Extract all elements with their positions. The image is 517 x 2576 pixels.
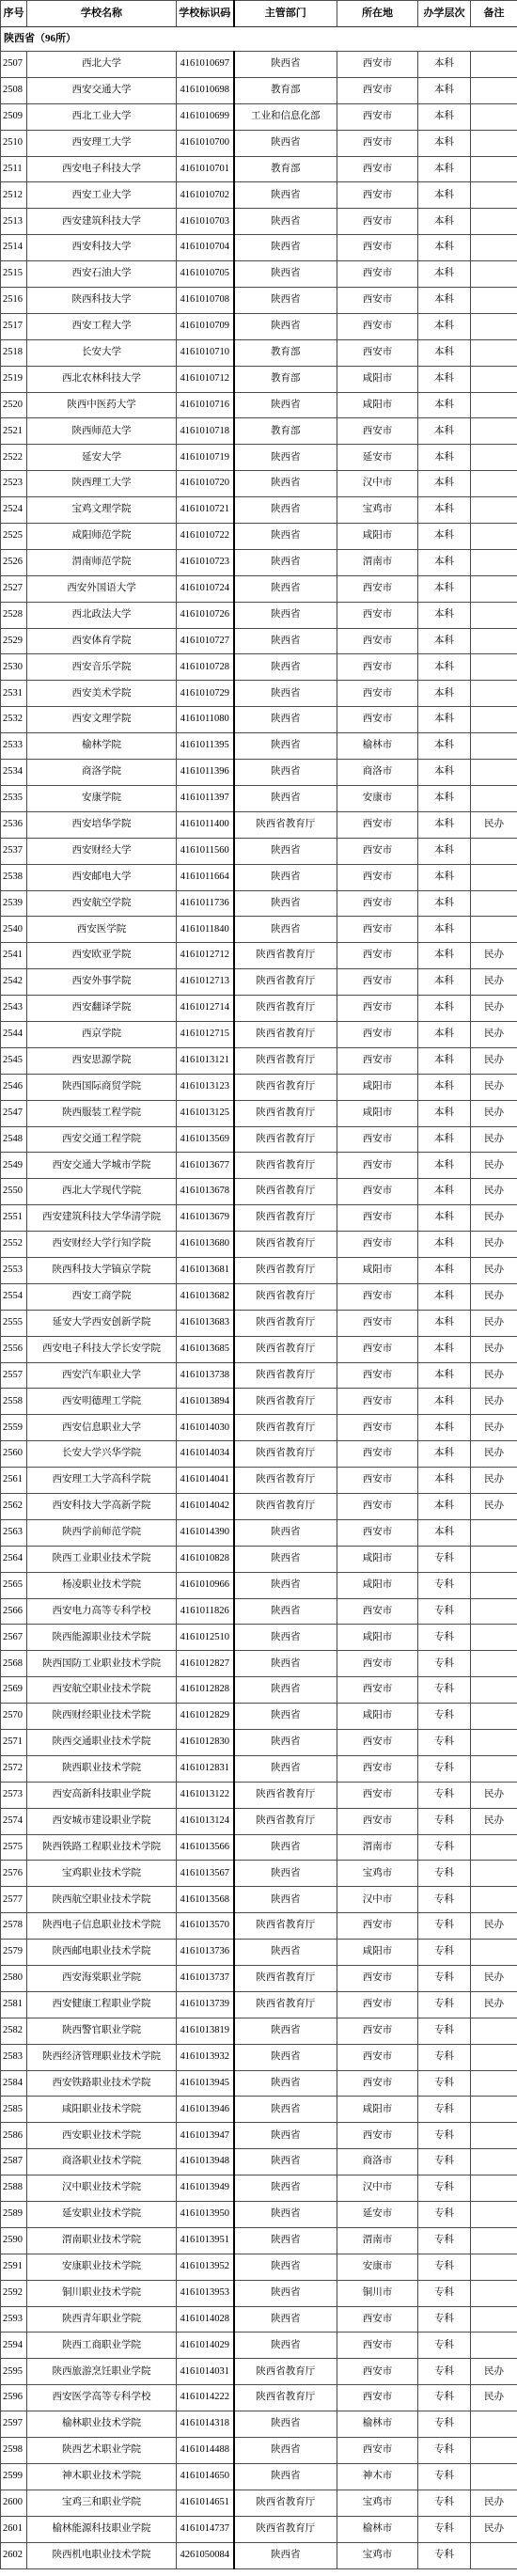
cell-serial: 2543 xyxy=(1,996,27,1022)
cell-location: 西安市 xyxy=(337,2123,418,2149)
cell-level: 专科 xyxy=(418,1966,471,1992)
cell-location: 西安市 xyxy=(337,130,418,156)
cell-serial: 2549 xyxy=(1,1153,27,1179)
cell-serial: 2546 xyxy=(1,1074,27,1100)
cell-level: 本科 xyxy=(418,182,471,209)
cell-school-code: 4161014031 xyxy=(177,2359,234,2385)
table-row: 2564陕西工业职业技术学院4161010828陕西省咸阳市专科 xyxy=(1,1546,517,1572)
cell-level: 专科 xyxy=(418,1913,471,1940)
cell-location: 西安市 xyxy=(337,1730,418,1756)
cell-remark xyxy=(471,418,517,445)
cell-serial: 2579 xyxy=(1,1940,27,1966)
cell-department: 陕西省教育厅 xyxy=(234,1808,337,1834)
table-row: 2586西安职业技术学院4161013947陕西省西安市专科 xyxy=(1,2123,517,2149)
cell-school-code: 4161010828 xyxy=(177,1546,234,1572)
cell-level: 本科 xyxy=(418,313,471,339)
cell-level: 本科 xyxy=(418,497,471,524)
cell-level: 专科 xyxy=(418,1598,471,1625)
cell-level: 专科 xyxy=(418,1991,471,2018)
cell-school-name: 陕西航空职业技术学院 xyxy=(27,1887,177,1913)
cell-school-code: 4161010719 xyxy=(177,445,234,471)
cell-location: 咸阳市 xyxy=(337,1257,418,1283)
cell-location: 安康市 xyxy=(337,785,418,811)
cell-serial: 2524 xyxy=(1,497,27,524)
cell-level: 专科 xyxy=(418,2149,471,2175)
cell-serial: 2547 xyxy=(1,1100,27,1126)
cell-school-code: 4161010698 xyxy=(177,77,234,103)
cell-school-name: 西安石油大学 xyxy=(27,261,177,288)
cell-school-name: 西安科技大学高新学院 xyxy=(27,1493,177,1519)
cell-school-name: 陕西电子信息职业技术学院 xyxy=(27,1913,177,1940)
cell-school-name: 陕西师范大学 xyxy=(27,418,177,445)
cell-location: 西安市 xyxy=(337,707,418,733)
cell-remark xyxy=(471,1730,517,1756)
cell-location: 咸阳市 xyxy=(337,1940,418,1966)
cell-school-name: 西安建筑科技大学 xyxy=(27,209,177,235)
cell-location: 西安市 xyxy=(337,1651,418,1677)
cell-serial: 2538 xyxy=(1,864,27,890)
cell-remark xyxy=(471,549,517,575)
cell-school-name: 西安工程大学 xyxy=(27,313,177,339)
cell-school-name: 渭南师范学院 xyxy=(27,549,177,575)
table-row: 2522延安大学4161010719陕西省延安市本科 xyxy=(1,445,517,471)
cell-school-code: 4161011396 xyxy=(177,760,234,786)
cell-level: 本科 xyxy=(418,1336,471,1362)
table-row: 2510西安理工大学4161010700陕西省西安市本科 xyxy=(1,130,517,156)
table-row: 2571陕西交通职业技术学院4161012830陕西省西安市专科 xyxy=(1,1730,517,1756)
cell-remark xyxy=(471,1546,517,1572)
cell-school-name: 陕西经济管理职业技术学院 xyxy=(27,2044,177,2070)
cell-serial: 2534 xyxy=(1,760,27,786)
table-row: 2591安康职业技术学院4161013952陕西省安康市专科 xyxy=(1,2254,517,2280)
cell-remark xyxy=(471,1598,517,1625)
cell-remark xyxy=(471,182,517,209)
cell-level: 专科 xyxy=(418,1572,471,1598)
table-row: 2547陕西服装工程学院4161013125陕西省教育厅咸阳市本科民办 xyxy=(1,1100,517,1126)
table-row: 2511西安电子科技大学4161010701教育部西安市本科 xyxy=(1,156,517,182)
cell-serial: 2594 xyxy=(1,2333,27,2359)
cell-school-name: 商洛职业技术学院 xyxy=(27,2149,177,2175)
cell-level: 专科 xyxy=(418,1861,471,1887)
cell-remark xyxy=(471,1887,517,1913)
cell-department: 陕西省 xyxy=(234,1625,337,1651)
cell-serial: 2583 xyxy=(1,2044,27,2070)
cell-remark: 民办 xyxy=(471,1808,517,1834)
cell-remark xyxy=(471,1519,517,1546)
cell-level: 专科 xyxy=(418,2070,471,2097)
cell-serial: 2509 xyxy=(1,103,27,130)
cell-remark: 民办 xyxy=(471,1415,517,1441)
table-row: 2536西安培华学院4161011400陕西省教育厅西安市本科民办 xyxy=(1,811,517,838)
cell-department: 陕西省教育厅 xyxy=(234,2385,337,2411)
cell-location: 西安市 xyxy=(337,1755,418,1782)
cell-level: 专科 xyxy=(418,1546,471,1572)
cell-school-name: 陕西科技大学 xyxy=(27,288,177,314)
table-row: 2540西安医学院4161011840陕西省西安市本科 xyxy=(1,917,517,943)
cell-school-name: 陕西警官职业学院 xyxy=(27,2018,177,2044)
cell-school-name: 陕西铁路工程职业技术学院 xyxy=(27,1834,177,1861)
cell-school-code: 4161012827 xyxy=(177,1651,234,1677)
cell-department: 陕西省 xyxy=(234,628,337,654)
cell-location: 咸阳市 xyxy=(337,524,418,550)
cell-school-code: 4161014651 xyxy=(177,2490,234,2516)
cell-level: 本科 xyxy=(418,838,471,864)
table-row: 2508西安交通大学4161010698教育部西安市本科 xyxy=(1,77,517,103)
cell-location: 西安市 xyxy=(337,1493,418,1519)
cell-school-name: 西北大学 xyxy=(27,52,177,78)
table-row: 2552西安财经大学行知学院4161013680陕西省教育厅西安市本科民办 xyxy=(1,1232,517,1258)
cell-serial: 2587 xyxy=(1,2149,27,2175)
cell-serial: 2589 xyxy=(1,2202,27,2228)
table-row: 2600宝鸡三和职业学院4161014651陕西省教育厅宝鸡市专科民办 xyxy=(1,2490,517,2516)
cell-level: 本科 xyxy=(418,1021,471,1047)
cell-school-code: 4161010723 xyxy=(177,549,234,575)
cell-level: 专科 xyxy=(418,1677,471,1704)
cell-location: 西安市 xyxy=(337,654,418,681)
cell-serial: 2572 xyxy=(1,1755,27,1782)
cell-school-name: 延安大学西安创新学院 xyxy=(27,1310,177,1336)
cell-location: 宝鸡市 xyxy=(337,2490,418,2516)
cell-serial: 2540 xyxy=(1,917,27,943)
cell-level: 本科 xyxy=(418,77,471,103)
cell-department: 陕西省 xyxy=(234,1887,337,1913)
table-row: 2568陕西国防工业职业技术学院4161012827陕西省西安市专科 xyxy=(1,1651,517,1677)
table-row: 2524宝鸡文理学院4161010721陕西省宝鸡市本科 xyxy=(1,497,517,524)
table-row: 2518长安大学4161010710教育部西安市本科 xyxy=(1,339,517,366)
cell-department: 陕西省 xyxy=(234,471,337,497)
cell-remark xyxy=(471,785,517,811)
table-row: 2543西安翻译学院4161012714陕西省教育厅西安市本科民办 xyxy=(1,996,517,1022)
cell-school-code: 4161012715 xyxy=(177,1021,234,1047)
table-row: 2539西安航空学院4161011736陕西省西安市本科 xyxy=(1,890,517,917)
cell-school-name: 西安外国语大学 xyxy=(27,575,177,602)
cell-school-code: 4161011840 xyxy=(177,917,234,943)
cell-school-code: 4161010724 xyxy=(177,575,234,602)
table-row: 2535安康学院4161011397陕西省安康市本科 xyxy=(1,785,517,811)
cell-level: 专科 xyxy=(418,2227,471,2254)
cell-location: 宝鸡市 xyxy=(337,1861,418,1887)
cell-school-code: 4161011400 xyxy=(177,811,234,838)
cell-location: 西安市 xyxy=(337,681,418,707)
cell-serial: 2573 xyxy=(1,1782,27,1808)
cell-department: 陕西省教育厅 xyxy=(234,1100,337,1126)
cell-level: 本科 xyxy=(418,261,471,288)
cell-department: 陕西省 xyxy=(234,1519,337,1546)
cell-school-code: 4161013932 xyxy=(177,2044,234,2070)
cell-location: 西安市 xyxy=(337,1441,418,1468)
cell-location: 西安市 xyxy=(337,943,418,969)
cell-remark xyxy=(471,366,517,392)
cell-department: 陕西省 xyxy=(234,2280,337,2306)
cell-department: 教育部 xyxy=(234,339,337,366)
table-row: 2548西安交通工程学院4161013569陕西省教育厅西安市本科民办 xyxy=(1,1126,517,1153)
cell-school-code: 4161013952 xyxy=(177,2254,234,2280)
cell-department: 陕西省 xyxy=(234,182,337,209)
cell-level: 本科 xyxy=(418,1468,471,1494)
university-list-table: 序号 学校名称 学校标识码 主管部门 所在地 办学层次 备注 陕西省（96所） … xyxy=(0,0,517,2569)
cell-location: 西安市 xyxy=(337,2306,418,2333)
cell-school-name: 陕西交通职业技术学院 xyxy=(27,1730,177,1756)
cell-location: 西安市 xyxy=(337,77,418,103)
cell-department: 陕西省教育厅 xyxy=(234,1336,337,1362)
cell-serial: 2600 xyxy=(1,2490,27,2516)
cell-level: 专科 xyxy=(418,2202,471,2228)
cell-school-name: 长安大学 xyxy=(27,339,177,366)
cell-school-code: 4161011560 xyxy=(177,838,234,864)
cell-school-code: 4161013953 xyxy=(177,2280,234,2306)
table-row: 2566西安电力高等专科学校4161011826陕西省西安市专科 xyxy=(1,1598,517,1625)
cell-school-code: 4161014737 xyxy=(177,2516,234,2542)
cell-school-code: 4161010697 xyxy=(177,52,234,78)
cell-department: 陕西省 xyxy=(234,2333,337,2359)
cell-department: 陕西省 xyxy=(234,654,337,681)
cell-school-name: 西安建筑科技大学华清学院 xyxy=(27,1205,177,1232)
cell-remark: 民办 xyxy=(471,1336,517,1362)
cell-school-code: 4161012510 xyxy=(177,1625,234,1651)
cell-level: 专科 xyxy=(418,2306,471,2333)
cell-remark xyxy=(471,760,517,786)
cell-location: 延安市 xyxy=(337,445,418,471)
cell-school-name: 咸阳职业技术学院 xyxy=(27,2097,177,2123)
header-row: 序号 学校名称 学校标识码 主管部门 所在地 办学层次 备注 xyxy=(1,1,517,27)
cell-serial: 2597 xyxy=(1,2411,27,2438)
cell-location: 榆林市 xyxy=(337,2516,418,2542)
header-remark: 备注 xyxy=(471,1,517,27)
cell-serial: 2531 xyxy=(1,681,27,707)
cell-serial: 2582 xyxy=(1,2018,27,2044)
cell-department: 陕西省 xyxy=(234,1755,337,1782)
cell-level: 专科 xyxy=(418,1625,471,1651)
cell-remark: 民办 xyxy=(471,2516,517,2542)
cell-school-name: 商洛学院 xyxy=(27,760,177,786)
cell-department: 陕西省 xyxy=(234,2438,337,2464)
cell-serial: 2525 xyxy=(1,524,27,550)
cell-school-name: 安康学院 xyxy=(27,785,177,811)
cell-serial: 2541 xyxy=(1,943,27,969)
cell-school-name: 榆林能源科技职业学院 xyxy=(27,2516,177,2542)
table-row: 2587商洛职业技术学院4161013948陕西省商洛市专科 xyxy=(1,2149,517,2175)
cell-school-name: 杨凌职业技术学院 xyxy=(27,1572,177,1598)
cell-serial: 2575 xyxy=(1,1834,27,1861)
cell-location: 渭南市 xyxy=(337,1834,418,1861)
cell-serial: 2561 xyxy=(1,1468,27,1494)
cell-department: 陕西省 xyxy=(234,1677,337,1704)
cell-department: 陕西省教育厅 xyxy=(234,1283,337,1310)
cell-school-code: 4161011080 xyxy=(177,707,234,733)
cell-remark xyxy=(471,524,517,550)
table-row: 2525咸阳师范学院4161010722陕西省咸阳市本科 xyxy=(1,524,517,550)
cell-level: 本科 xyxy=(418,811,471,838)
cell-location: 西安市 xyxy=(337,1310,418,1336)
cell-remark xyxy=(471,864,517,890)
cell-level: 专科 xyxy=(418,1940,471,1966)
cell-department: 陕西省 xyxy=(234,602,337,628)
cell-serial: 2581 xyxy=(1,1991,27,2018)
cell-school-code: 4161010712 xyxy=(177,366,234,392)
cell-remark xyxy=(471,1625,517,1651)
cell-department: 陕西省教育厅 xyxy=(234,1389,337,1415)
cell-department: 教育部 xyxy=(234,77,337,103)
cell-serial: 2596 xyxy=(1,2385,27,2411)
cell-location: 西安市 xyxy=(337,969,418,996)
cell-department: 陕西省教育厅 xyxy=(234,1047,337,1074)
cell-school-code: 4161014042 xyxy=(177,1493,234,1519)
cell-serial: 2601 xyxy=(1,2516,27,2542)
table-row: 2598陕西艺术职业学院4161014488陕西省西安市专科 xyxy=(1,2438,517,2464)
cell-school-name: 陕西国际商贸学院 xyxy=(27,1074,177,1100)
cell-location: 神木市 xyxy=(337,2463,418,2490)
cell-location: 西安市 xyxy=(337,996,418,1022)
cell-remark: 民办 xyxy=(471,1126,517,1153)
cell-level: 本科 xyxy=(418,1257,471,1283)
cell-serial: 2551 xyxy=(1,1205,27,1232)
cell-school-code: 4161010700 xyxy=(177,130,234,156)
cell-level: 本科 xyxy=(418,707,471,733)
table-row: 2554西安工商学院4161013682陕西省教育厅西安市本科民办 xyxy=(1,1283,517,1310)
cell-department: 陕西省教育厅 xyxy=(234,1415,337,1441)
cell-department: 陕西省 xyxy=(234,1704,337,1730)
cell-location: 西安市 xyxy=(337,890,418,917)
cell-serial: 2593 xyxy=(1,2306,27,2333)
cell-department: 陕西省 xyxy=(234,130,337,156)
cell-department: 陕西省 xyxy=(234,392,337,418)
cell-department: 陕西省教育厅 xyxy=(234,1468,337,1494)
cell-location: 西安市 xyxy=(337,917,418,943)
cell-remark xyxy=(471,2123,517,2149)
cell-department: 陕西省 xyxy=(234,2254,337,2280)
cell-remark: 民办 xyxy=(471,2385,517,2411)
cell-school-name: 西安职业技术学院 xyxy=(27,2123,177,2149)
cell-school-code: 4161013682 xyxy=(177,1283,234,1310)
cell-level: 专科 xyxy=(418,2018,471,2044)
cell-location: 西安市 xyxy=(337,2385,418,2411)
cell-school-name: 陕西职业技术学院 xyxy=(27,1755,177,1782)
cell-school-name: 陕西理工大学 xyxy=(27,471,177,497)
cell-remark xyxy=(471,2175,517,2202)
cell-level: 专科 xyxy=(418,1651,471,1677)
cell-location: 榆林市 xyxy=(337,733,418,760)
cell-school-code: 4161012830 xyxy=(177,1730,234,1756)
cell-location: 西安市 xyxy=(337,1021,418,1047)
table-row: 2580西安海棠职业学院4161013737陕西省教育厅西安市专科民办 xyxy=(1,1966,517,1992)
cell-school-code: 4161013681 xyxy=(177,1257,234,1283)
cell-remark xyxy=(471,1861,517,1887)
cell-school-code: 4161013121 xyxy=(177,1047,234,1074)
cell-remark xyxy=(471,261,517,288)
cell-remark: 民办 xyxy=(471,1913,517,1940)
cell-location: 西安市 xyxy=(337,838,418,864)
cell-school-name: 西安医学院 xyxy=(27,917,177,943)
cell-location: 西安市 xyxy=(337,288,418,314)
table-row: 2555延安大学西安创新学院4161013683陕西省教育厅西安市本科民办 xyxy=(1,1310,517,1336)
cell-school-name: 西安财经大学 xyxy=(27,838,177,864)
table-row: 2599神木职业技术学院4161014650陕西省神木市专科 xyxy=(1,2463,517,2490)
cell-school-name: 渭南职业技术学院 xyxy=(27,2227,177,2254)
cell-serial: 2599 xyxy=(1,2463,27,2490)
cell-school-code: 4161013678 xyxy=(177,1179,234,1205)
cell-level: 本科 xyxy=(418,1232,471,1258)
table-row: 2546陕西国际商贸学院4161013123陕西省教育厅咸阳市本科民办 xyxy=(1,1074,517,1100)
cell-location: 西安市 xyxy=(337,1389,418,1415)
table-row: 2551西安建筑科技大学华清学院4161013679陕西省教育厅西安市本科民办 xyxy=(1,1205,517,1232)
cell-level: 本科 xyxy=(418,654,471,681)
cell-department: 陕西省教育厅 xyxy=(234,811,337,838)
cell-location: 西安市 xyxy=(337,864,418,890)
cell-school-name: 西安航空职业技术学院 xyxy=(27,1677,177,1704)
cell-school-code: 4161013677 xyxy=(177,1153,234,1179)
cell-school-name: 西安健康工程职业学院 xyxy=(27,1991,177,2018)
cell-remark xyxy=(471,838,517,864)
cell-serial: 2542 xyxy=(1,969,27,996)
cell-school-name: 榆林学院 xyxy=(27,733,177,760)
cell-location: 西安市 xyxy=(337,1966,418,1992)
header-serial: 序号 xyxy=(1,1,27,27)
cell-school-name: 陕西财经职业技术学院 xyxy=(27,1704,177,1730)
cell-department: 陕西省 xyxy=(234,524,337,550)
table-row: 2594陕西工商职业学院4161014029陕西省西安市专科 xyxy=(1,2333,517,2359)
cell-serial: 2519 xyxy=(1,366,27,392)
table-row: 2530西安音乐学院4161010728陕西省西安市本科 xyxy=(1,654,517,681)
table-row: 2565杨凌职业技术学院4161010966陕西省咸阳市专科 xyxy=(1,1572,517,1598)
cell-school-name: 陕西能源职业技术学院 xyxy=(27,1625,177,1651)
cell-department: 陕西省 xyxy=(234,681,337,707)
cell-location: 西安市 xyxy=(337,1519,418,1546)
cell-serial: 2517 xyxy=(1,313,27,339)
table-row: 2585咸阳职业技术学院4161013946陕西省咸阳市专科 xyxy=(1,2097,517,2123)
cell-department: 陕西省教育厅 xyxy=(234,1441,337,1468)
cell-location: 西安市 xyxy=(337,2070,418,2097)
cell-school-name: 陕西学前师范学院 xyxy=(27,1519,177,1546)
cell-level: 专科 xyxy=(418,2175,471,2202)
cell-serial: 2514 xyxy=(1,235,27,261)
cell-remark: 民办 xyxy=(471,1310,517,1336)
cell-serial: 2536 xyxy=(1,811,27,838)
cell-department: 陕西省 xyxy=(234,785,337,811)
cell-department: 陕西省教育厅 xyxy=(234,2516,337,2542)
cell-school-name: 陕西工商职业学院 xyxy=(27,2333,177,2359)
cell-remark xyxy=(471,2149,517,2175)
cell-location: 西安市 xyxy=(337,103,418,130)
cell-level: 本科 xyxy=(418,1283,471,1310)
cell-serial: 2508 xyxy=(1,77,27,103)
cell-level: 本科 xyxy=(418,1047,471,1074)
cell-school-name: 西安汽车职业大学 xyxy=(27,1362,177,1389)
table-row: 2576宝鸡职业技术学院4161013567陕西省宝鸡市专科 xyxy=(1,1861,517,1887)
cell-school-name: 西安高新科技职业学院 xyxy=(27,1782,177,1808)
cell-school-code: 4161013951 xyxy=(177,2227,234,2254)
cell-department: 陕西省 xyxy=(234,497,337,524)
cell-location: 西安市 xyxy=(337,1047,418,1074)
cell-level: 本科 xyxy=(418,418,471,445)
table-row: 2517西安工程大学4161010709陕西省西安市本科 xyxy=(1,313,517,339)
table-row: 2531西安美术学院4161010729陕西省西安市本科 xyxy=(1,681,517,707)
cell-serial: 2557 xyxy=(1,1362,27,1389)
cell-remark xyxy=(471,628,517,654)
cell-location: 西安市 xyxy=(337,2359,418,2385)
cell-level: 本科 xyxy=(418,445,471,471)
cell-location: 咸阳市 xyxy=(337,1625,418,1651)
cell-department: 陕西省 xyxy=(234,2123,337,2149)
table-row: 2512西安工业大学4161010702陕西省西安市本科 xyxy=(1,182,517,209)
cell-school-code: 4161010721 xyxy=(177,497,234,524)
cell-level: 专科 xyxy=(418,2490,471,2516)
cell-level: 本科 xyxy=(418,1074,471,1100)
cell-remark xyxy=(471,2044,517,2070)
cell-remark: 民办 xyxy=(471,1362,517,1389)
cell-level: 本科 xyxy=(418,1179,471,1205)
cell-level: 本科 xyxy=(418,1126,471,1153)
cell-serial: 2584 xyxy=(1,2070,27,2097)
